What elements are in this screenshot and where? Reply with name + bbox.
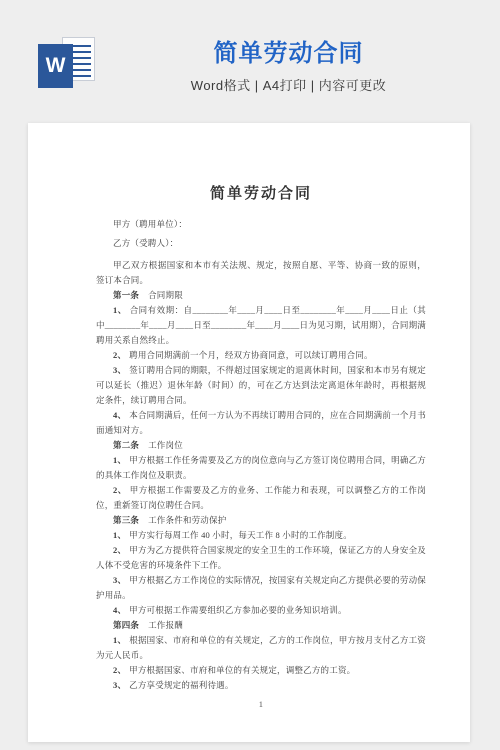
- item-number: 4、: [113, 410, 126, 420]
- contract-item: 1、甲方实行每周工作 40 小时，每天工作 8 小时的工作制度。: [96, 528, 426, 543]
- item-text: 签订聘用合同的期限，不得超过国家规定的退离休时间，国家和本市另有规定可以延长（推…: [96, 365, 426, 405]
- section-number: 第一条: [113, 290, 139, 300]
- item-text: 甲方可根据工作需要组织乙方参加必要的业务知识培训。: [129, 605, 347, 615]
- template-subtitle: Word格式 | A4打印 | 内容可更改: [95, 75, 482, 94]
- party-b-line: 乙方（受聘人）：: [96, 234, 426, 253]
- section-number: 第三条: [113, 515, 139, 525]
- section-number: 第二条: [113, 440, 139, 450]
- item-text: 甲方根据工作需要及乙方的业务、工作能力和表现，可以调整乙方的工作岗位，重新签订岗…: [96, 485, 426, 510]
- word-icon-text-line: [70, 51, 91, 53]
- word-icon-text-line: [70, 45, 91, 47]
- item-text: 甲方实行每周工作 40 小时，每天工作 8 小时的工作制度。: [129, 530, 352, 540]
- item-number: 1、: [113, 635, 126, 645]
- section-heading: 第四条工作报酬: [96, 618, 426, 633]
- contract-title: 简单劳动合同: [96, 185, 426, 203]
- item-number: 3、: [113, 365, 126, 375]
- contract-item: 3、甲方根据乙方工作岗位的实际情况，按国家有关规定向乙方提供必要的劳动保护用品。: [96, 573, 426, 603]
- word-icon-text-line: [70, 63, 91, 65]
- item-text: 聘用合同期满前一个月，经双方协商同意，可以续订聘用合同。: [129, 350, 373, 360]
- word-icon-text-line: [70, 57, 91, 59]
- header-text-block: 简单劳动合同 Word格式 | A4打印 | 内容可更改: [95, 40, 482, 94]
- item-text: 本合同期满后，任何一方认为不再续订聘用合同的，应在合同期满前一个月书面通知对方。: [96, 410, 426, 435]
- item-number: 1、: [113, 530, 126, 540]
- item-text: 甲方根据国家、市府和单位的有关规定，调整乙方的工资。: [129, 665, 355, 675]
- contract-item: 3、签订聘用合同的期限，不得超过国家规定的退离休时间，国家和本市另有规定可以延长…: [96, 363, 426, 408]
- section-heading: 第三条工作条件和劳动保护: [96, 513, 426, 528]
- contract-item: 4、本合同期满后，任何一方认为不再续订聘用合同的，应在合同期满前一个月书面通知对…: [96, 408, 426, 438]
- item-text: 甲方根据乙方工作岗位的实际情况，按国家有关规定向乙方提供必要的劳动保护用品。: [96, 575, 426, 600]
- contract-item: 1、根据国家、市府和单位的有关规定，乙方的工作岗位，甲方按月支付乙方工资为元人民…: [96, 633, 426, 663]
- item-number: 2、: [113, 350, 126, 360]
- contract-intro: 甲乙双方根据国家和本市有关法规、规定，按照自愿、平等、协商一致的原则，签订本合同…: [96, 258, 426, 288]
- item-number: 3、: [113, 680, 126, 690]
- header: W 简单劳动合同 Word格式 | A4打印 | 内容可更改: [0, 0, 500, 123]
- template-title: 简单劳动合同: [95, 40, 482, 68]
- item-text: 甲方为乙方提供符合国家规定的安全卫生的工作环境，保证乙方的人身安全及人体不受危害…: [96, 545, 426, 570]
- item-number: 4、: [113, 605, 126, 615]
- section-title: 工作报酬: [148, 620, 183, 630]
- section-title: 工作条件和劳动保护: [148, 515, 226, 525]
- contract-item: 2、甲方为乙方提供符合国家规定的安全卫生的工作环境，保证乙方的人身安全及人体不受…: [96, 543, 426, 573]
- contract-item: 1、合同有效期：自________年____月____日至________年__…: [96, 303, 426, 348]
- contract-sections: 第一条合同期限1、合同有效期：自________年____月____日至____…: [96, 288, 426, 693]
- item-number: 1、: [113, 455, 126, 465]
- item-text: 根据国家、市府和单位的有关规定，乙方的工作岗位，甲方按月支付乙方工资为元人民币。: [96, 635, 426, 660]
- word-file-icon: W: [38, 37, 96, 89]
- word-icon-w-panel: W: [38, 44, 73, 88]
- section-title: 工作岗位: [148, 440, 183, 450]
- document-content: 简单劳动合同 甲方（聘用单位）： 乙方（受聘人）： 甲乙双方根据国家和本市有关法…: [96, 123, 426, 712]
- contract-item: 1、甲方根据工作任务需要及乙方的岗位意向与乙方签订岗位聘用合同，明确乙方的具体工…: [96, 453, 426, 483]
- item-number: 3、: [113, 575, 126, 585]
- section-heading: 第二条工作岗位: [96, 438, 426, 453]
- party-block: 甲方（聘用单位）： 乙方（受聘人）：: [96, 215, 426, 253]
- contract-body: 甲乙双方根据国家和本市有关法规、规定，按照自愿、平等、协商一致的原则，签订本合同…: [96, 258, 426, 712]
- contract-item: 2、聘用合同期满前一个月，经双方协商同意，可以续订聘用合同。: [96, 348, 426, 363]
- word-icon-letter: W: [46, 54, 66, 78]
- word-icon-text-line: [70, 69, 91, 71]
- section-number: 第四条: [113, 620, 139, 630]
- word-icon-text-line: [70, 75, 91, 77]
- item-text: 合同有效期：自________年____月____日至________年____…: [96, 305, 426, 345]
- item-number: 2、: [113, 545, 126, 555]
- contract-item: 4、甲方可根据工作需要组织乙方参加必要的业务知识培训。: [96, 603, 426, 618]
- section-title: 合同期限: [148, 290, 183, 300]
- item-text: 乙方享受规定的福利待遇。: [129, 680, 233, 690]
- document-page: 简单劳动合同 甲方（聘用单位）： 乙方（受聘人）： 甲乙双方根据国家和本市有关法…: [28, 123, 470, 742]
- item-number: 1、: [113, 305, 127, 315]
- contract-item: 3、乙方享受规定的福利待遇。: [96, 678, 426, 693]
- page-number: 1: [96, 697, 426, 712]
- item-number: 2、: [113, 485, 127, 495]
- contract-item: 2、甲方根据国家、市府和单位的有关规定，调整乙方的工资。: [96, 663, 426, 678]
- section-heading: 第一条合同期限: [96, 288, 426, 303]
- template-preview-page: W 简单劳动合同 Word格式 | A4打印 | 内容可更改 简单劳动合同 甲方…: [0, 0, 500, 750]
- item-number: 2、: [113, 665, 126, 675]
- party-a-line: 甲方（聘用单位）：: [96, 215, 426, 234]
- contract-item: 2、甲方根据工作需要及乙方的业务、工作能力和表现，可以调整乙方的工作岗位，重新签…: [96, 483, 426, 513]
- item-text: 甲方根据工作任务需要及乙方的岗位意向与乙方签订岗位聘用合同，明确乙方的具体工作岗…: [96, 455, 426, 480]
